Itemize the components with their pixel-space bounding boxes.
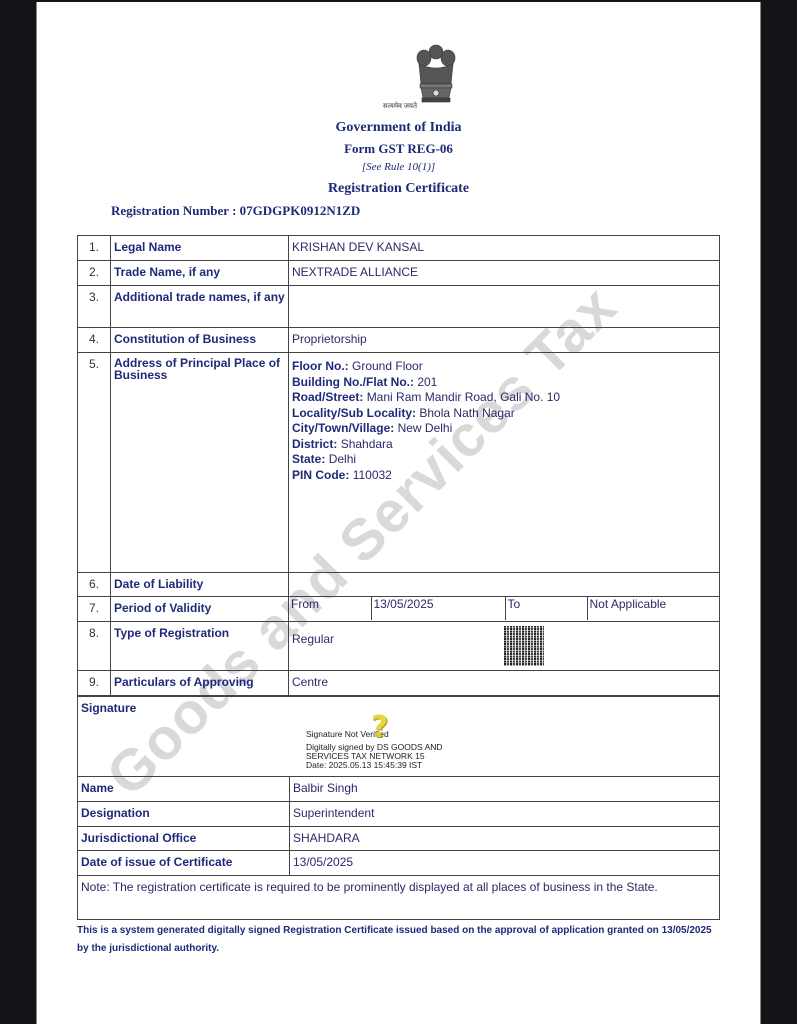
emblem-motto: सत्यमेव जयते [371,102,429,111]
approval-table: Signature Signature Not Verified Digital… [77,696,720,920]
table-row: 7. Period of Validity From 13/05/2025 To… [78,597,720,622]
row-number: 7. [78,597,111,622]
trade-name-value: NEXTRADE ALLIANCE [289,261,720,286]
row-number: 9. [78,671,111,696]
validity-table: From 13/05/2025 To Not Applicable [289,597,719,620]
row-label: Address of Principal Place of Business [111,353,289,573]
table-row: 5. Address of Principal Place of Busines… [78,353,720,573]
table-row: 1. Legal Name KRISHAN DEV KANSAL [78,236,720,261]
table-row: Name Balbir Singh [78,777,720,802]
legal-name-value: KRISHAN DEV KANSAL [289,236,720,261]
government-heading: Government of India [0,120,797,136]
officer-name-label: Name [78,777,290,802]
system-generated-footer: This is a system generated digitally sig… [77,922,717,958]
table-row: 6. Date of Liability [78,573,720,597]
address-locality: Locality/Sub Locality: Bhola Nath Nagar [292,406,716,422]
row-label: Date of Liability [111,573,289,597]
table-row: Designation Superintendent [78,802,720,827]
display-note: Note: The registration certificate is re… [78,876,720,920]
row-label: Additional trade names, if any [111,286,289,328]
signature-cell: Signature Signature Not Verified Digital… [78,697,720,777]
address-value: Floor No.: Ground Floor Building No./Fla… [289,353,720,573]
row-label: Legal Name [111,236,289,261]
rule-reference: [See Rule 10(1)] [0,161,797,173]
table-row: Date of issue of Certificate 13/05/2025 [78,851,720,876]
validity-to-value: Not Applicable [587,597,719,620]
designation-value: Superintendent [290,802,720,827]
jurisdictional-office-label: Jurisdictional Office [78,827,290,851]
officer-name-value: Balbir Singh [290,777,720,802]
row-label: Period of Validity [111,597,289,622]
row-number: 2. [78,261,111,286]
approving-authority-value: Centre [289,671,720,696]
form-heading: Form GST REG-06 [0,141,797,157]
certificate-title: Registration Certificate [0,181,797,197]
validity-to-label: To [505,597,587,620]
constitution-value: Proprietorship [289,328,720,353]
registration-type-value: Regular [292,632,334,646]
date-of-liability-value [289,573,720,597]
validity-from-date: 13/05/2025 [371,597,505,620]
issue-date-value: 13/05/2025 [290,851,720,876]
signature-row: Signature Signature Not Verified Digital… [78,697,720,777]
question-mark-icon: ? [371,721,388,735]
validity-value: From 13/05/2025 To Not Applicable [289,597,720,622]
row-number: 6. [78,573,111,597]
address-building: Building No./Flat No.: 201 [292,375,716,391]
validity-from-label: From [289,597,371,620]
row-number: 3. [78,286,111,328]
address-floor: Floor No.: Ground Floor [292,359,716,375]
address-road: Road/Street: Mani Ram Mandir Road, Gali … [292,390,716,406]
registration-number: Registration Number : 07GDGPK0912N1ZD [111,203,360,219]
address-district: District: Shahdara [292,437,716,453]
row-number: 5. [78,353,111,573]
row-label: Particulars of Approving [111,671,289,696]
row-number: 8. [78,622,111,671]
row-number: 1. [78,236,111,261]
row-label: Constitution of Business [111,328,289,353]
jurisdictional-office-value: SHAHDARA [290,827,720,851]
table-row: 2. Trade Name, if any NEXTRADE ALLIANCE [78,261,720,286]
row-label: Type of Registration [111,622,289,671]
issue-date-label: Date of issue of Certificate [78,851,290,876]
additional-trade-names-value [289,286,720,328]
qr-code[interactable] [504,626,544,666]
table-row: 4. Constitution of Business Proprietorsh… [78,328,720,353]
table-row: 9. Particulars of Approving Centre [78,671,720,696]
signature-label: Signature [81,701,716,715]
registration-details-table: 1. Legal Name KRISHAN DEV KANSAL 2. Trad… [77,235,720,696]
registration-type-cell: Regular [289,622,720,671]
table-row: 3. Additional trade names, if any [78,286,720,328]
designation-label: Designation [78,802,290,827]
signature-date: Date: 2025.05.13 15:45:39 IST [306,761,443,770]
table-row: 8. Type of Registration Regular [78,622,720,671]
table-row: Jurisdictional Office SHAHDARA [78,827,720,851]
note-row: Note: The registration certificate is re… [78,876,720,920]
address-state: State: Delhi [292,452,716,468]
row-label: Trade Name, if any [111,261,289,286]
address-pin: PIN Code: 110032 [292,468,716,484]
address-city: City/Town/Village: New Delhi [292,421,716,437]
row-number: 4. [78,328,111,353]
